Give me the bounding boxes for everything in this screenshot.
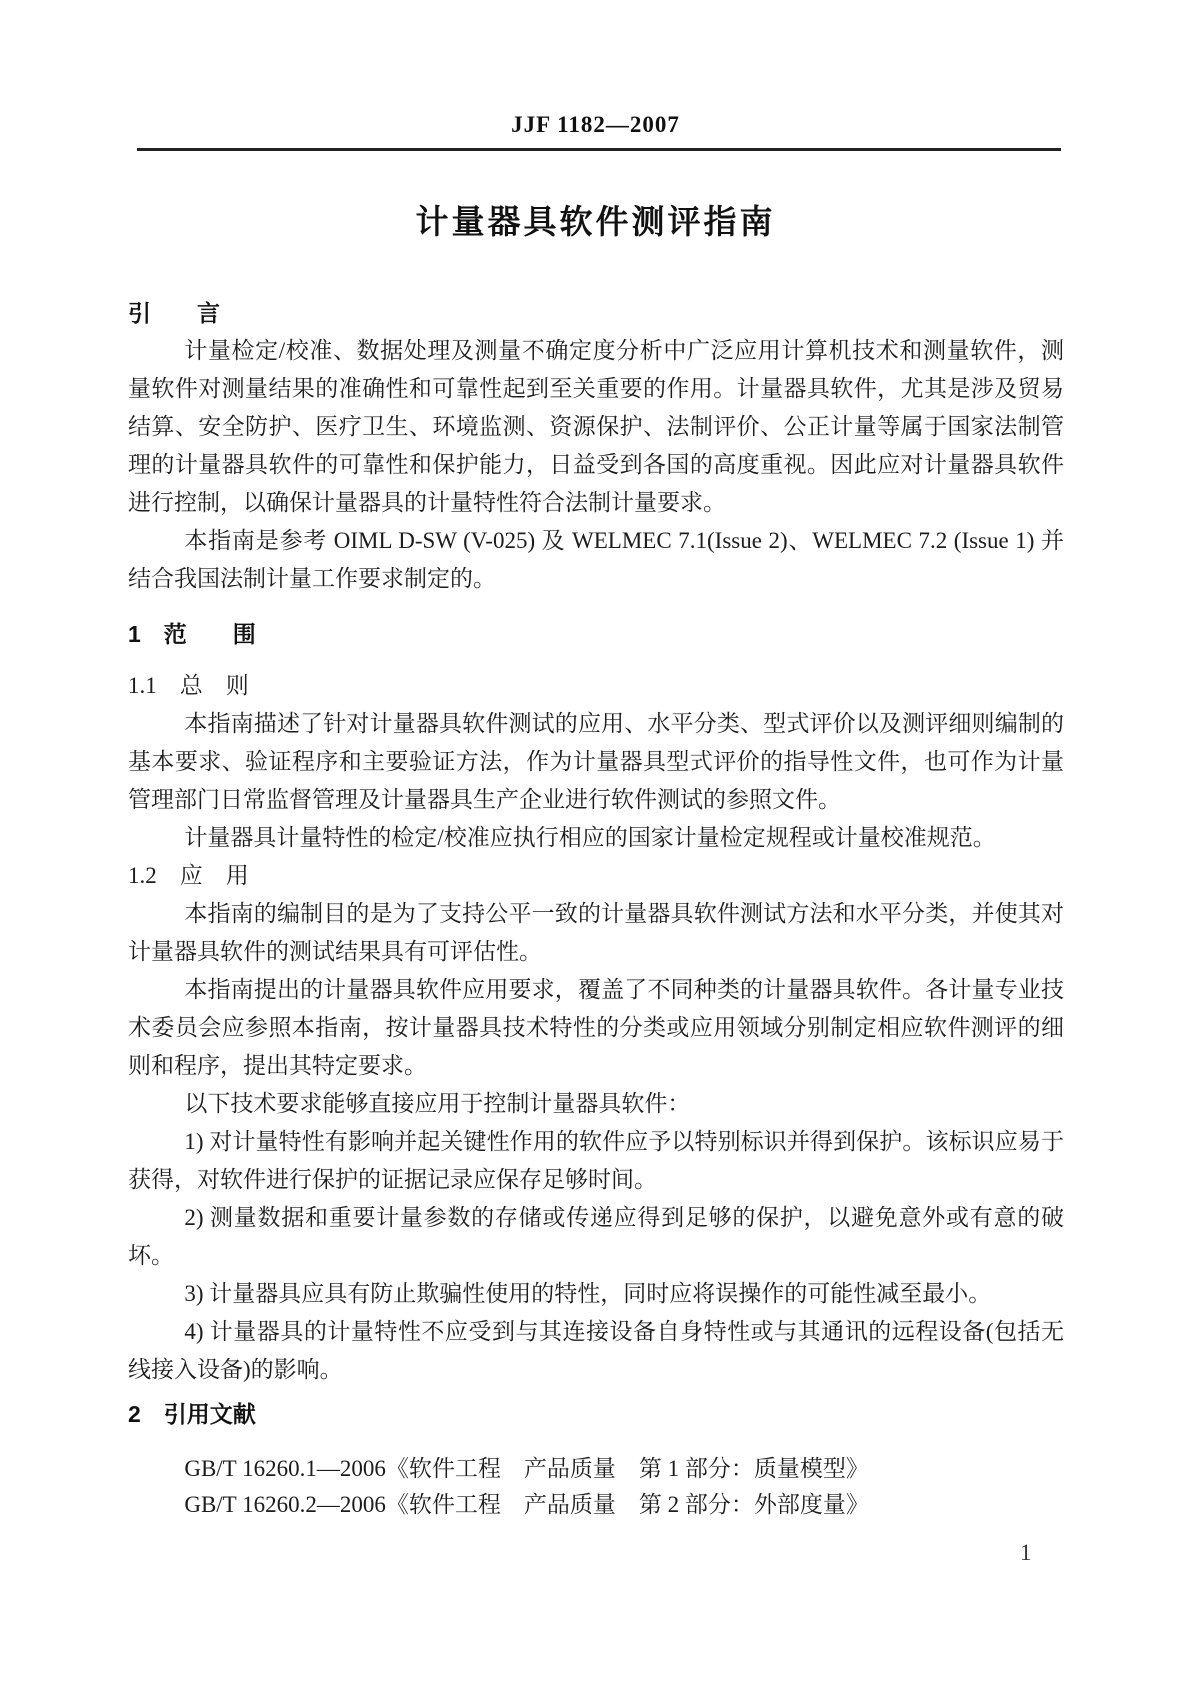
foreword-paragraph: 本指南是参考 OIML D-SW (V-025) 及 WELMEC 7.1(Is… xyxy=(128,522,1064,598)
document-body: 引 言 计量检定/校准、数据处理及测量不确定度分析中广泛应用计算机技术和测量软件… xyxy=(128,294,1064,1523)
references-heading: 2 引用文献 xyxy=(128,1395,1064,1433)
header-rule xyxy=(137,148,1061,151)
page-number: 1 xyxy=(1020,1540,1032,1566)
reference-entry: GB/T 16260.1—2006《软件工程 产品质量 第 1 部分：质量模型》 xyxy=(128,1451,1064,1487)
scope-application-paragraph: 本指南的编制目的是为了支持公平一致的计量器具软件测试方法和水平分类，并使其对计量… xyxy=(128,895,1064,971)
scope-application-paragraph: 以下技术要求能够直接应用于控制计量器具软件： xyxy=(128,1085,1064,1123)
requirement-item: 4) 计量器具的计量特性不应受到与其连接设备自身特性或与其通讯的远程设备(包括无… xyxy=(128,1313,1064,1389)
scope-application-paragraph: 本指南提出的计量器具软件应用要求，覆盖了不同种类的计量器具软件。各计量专业技术委… xyxy=(128,971,1064,1085)
document-title: 计量器具软件测评指南 xyxy=(0,196,1191,243)
scope-application-heading: 1.2 应 用 xyxy=(128,857,1064,895)
foreword-heading: 引 言 xyxy=(128,294,1064,332)
scope-heading: 1 范 围 xyxy=(128,615,1064,653)
scope-general-paragraph: 本指南描述了针对计量器具软件测试的应用、水平分类、型式评价以及测评细则编制的基本… xyxy=(128,705,1064,819)
requirement-item: 3) 计量器具应具有防止欺骗性使用的特性，同时应将误操作的可能性减至最小。 xyxy=(128,1275,1064,1313)
references-list: GB/T 16260.1—2006《软件工程 产品质量 第 1 部分：质量模型》… xyxy=(128,1451,1064,1523)
document-code: JJF 1182—2007 xyxy=(0,112,1191,138)
scope-general-heading: 1.1 总 则 xyxy=(128,667,1064,705)
requirement-item: 2) 测量数据和重要计量参数的存储或传递应得到足够的保护，以避免意外或有意的破坏… xyxy=(128,1199,1064,1275)
requirement-item: 1) 对计量特性有影响并起关键性作用的软件应予以特别标识并得到保护。该标识应易于… xyxy=(128,1123,1064,1199)
reference-entry: GB/T 16260.2—2006《软件工程 产品质量 第 2 部分：外部度量》 xyxy=(128,1487,1064,1523)
foreword-paragraph: 计量检定/校准、数据处理及测量不确定度分析中广泛应用计算机技术和测量软件，测量软… xyxy=(128,332,1064,522)
scope-general-paragraph: 计量器具计量特性的检定/校准应执行相应的国家计量检定规程或计量校准规范。 xyxy=(128,819,1064,857)
document-page: JJF 1182—2007 计量器具软件测评指南 引 言 计量检定/校准、数据处… xyxy=(0,0,1191,1684)
